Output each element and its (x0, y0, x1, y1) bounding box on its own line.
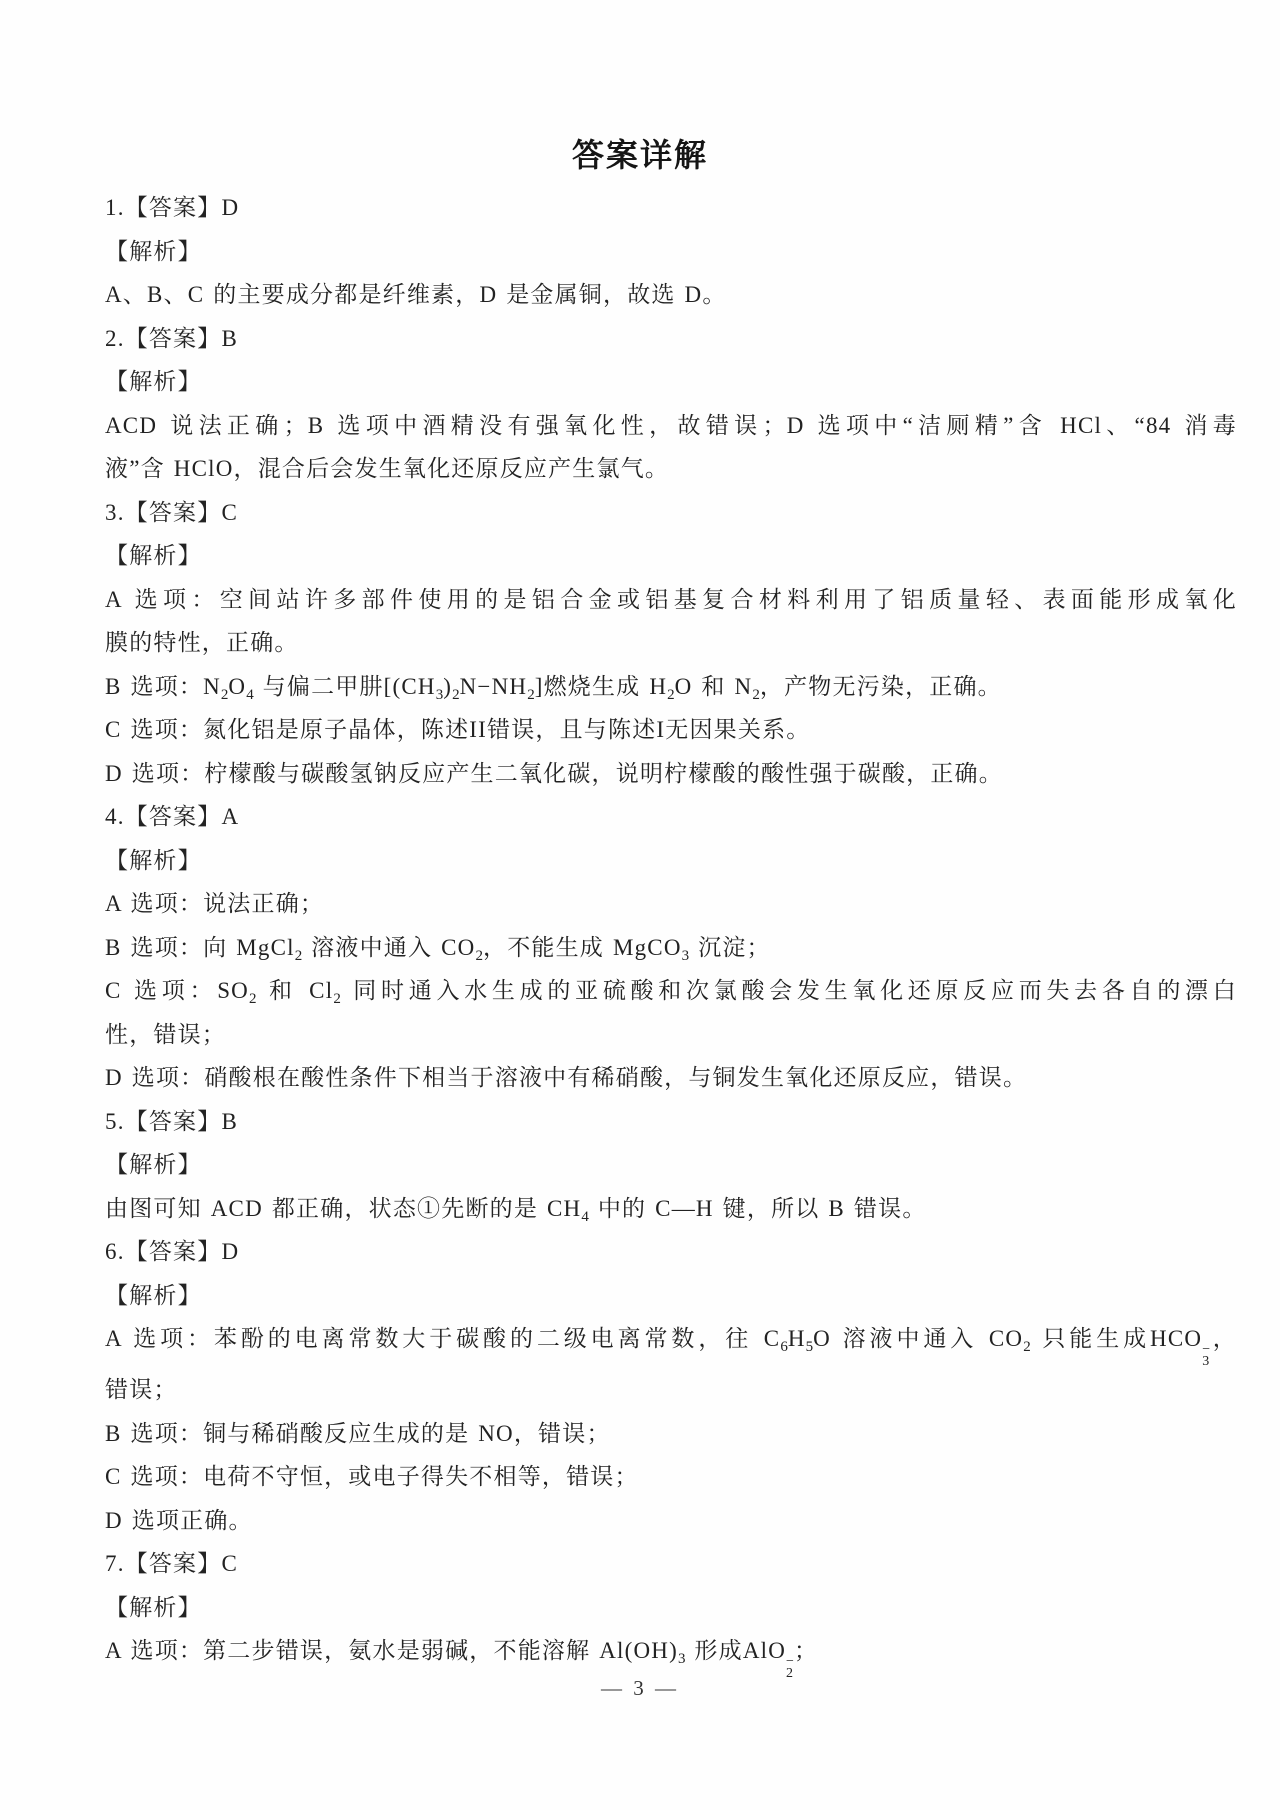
doc-line: 5.【答案】B (105, 1100, 1237, 1144)
doc-line: 【解析】 (105, 360, 1237, 404)
formula-subscript: 2 (333, 991, 341, 1007)
doc-line: 6.【答案】D (105, 1230, 1237, 1274)
formula-subscript: 4 (581, 1209, 589, 1225)
document-page: 答案详解 1.【答案】D【解析】A、B、C 的主要成分都是纤维素，D 是金属铜，… (0, 0, 1280, 1810)
doc-line: 2.【答案】B (105, 317, 1237, 361)
doc-line: C 选项：电荷不守恒，或电子得失不相等，错误； (105, 1455, 1237, 1499)
formula-subscript: 4 (246, 687, 254, 703)
page-title: 答案详解 (0, 130, 1280, 176)
formula-subscript: 2 (1023, 1339, 1031, 1355)
doc-line: C 选项：氮化铝是原子晶体，陈述II错误，且与陈述I无因果关系。 (105, 708, 1237, 752)
doc-line: 膜的特性，正确。 (105, 621, 1237, 665)
doc-line: 【解析】 (105, 1586, 1237, 1630)
doc-line: A 选项：第二步错误，氨水是弱碱，不能溶解 Al(OH)3 形成AlO−2； (105, 1629, 1237, 1680)
formula-subscript: 2 (452, 687, 460, 703)
doc-line: D 选项正确。 (105, 1499, 1237, 1543)
formula-subscript: 2 (527, 687, 535, 703)
doc-line: 1.【答案】D (105, 186, 1237, 230)
doc-line: D 选项：硝酸根在酸性条件下相当于溶液中有稀硝酸，与铜发生氧化还原反应，错误。 (105, 1056, 1237, 1100)
doc-line: 【解析】 (105, 839, 1237, 883)
answer-explanations: 1.【答案】D【解析】A、B、C 的主要成分都是纤维素，D 是金属铜，故选 D。… (105, 186, 1237, 1680)
doc-line: B 选项：N2O4 与偏二甲肼[(CH3)2N−NH2]燃烧生成 H2O 和 N… (105, 665, 1237, 709)
doc-line: A 选项：苯酚的电离常数大于碳酸的二级电离常数，往 C6H5O 溶液中通入 CO… (105, 1317, 1237, 1368)
doc-line: 错误； (105, 1368, 1237, 1412)
formula-subsup-stack: −3 (1202, 1344, 1210, 1368)
doc-line: A 选项：说法正确； (105, 882, 1237, 926)
doc-line: B 选项：向 MgCl2 溶液中通入 CO2，不能生成 MgCO3 沉淀； (105, 926, 1237, 970)
doc-line: C 选项：SO2 和 Cl2 同时通入水生成的亚硫酸和次氯酸会发生氧化还原反应而… (105, 969, 1237, 1013)
formula-subscript: 2 (752, 687, 760, 703)
page-number: — 3 — (0, 1676, 1280, 1701)
doc-line: 【解析】 (105, 534, 1237, 578)
doc-line: A 选项：空间站许多部件使用的是铝合金或铝基复合材料利用了铝质量轻、表面能形成氧… (105, 578, 1237, 622)
doc-line: D 选项：柠檬酸与碳酸氢钠反应产生二氧化碳，说明柠檬酸的酸性强于碳酸，正确。 (105, 752, 1237, 796)
doc-line: 【解析】 (105, 1143, 1237, 1187)
doc-line: 【解析】 (105, 1274, 1237, 1318)
formula-subscript: 2 (667, 687, 675, 703)
doc-line: A、B、C 的主要成分都是纤维素，D 是金属铜，故选 D。 (105, 273, 1237, 317)
formula-subscript: 2 (476, 948, 484, 964)
doc-line: 7.【答案】C (105, 1542, 1237, 1586)
doc-line: 性，错误； (105, 1013, 1237, 1057)
doc-line: 【解析】 (105, 230, 1237, 274)
doc-line: B 选项：铜与稀硝酸反应生成的是 NO，错误； (105, 1412, 1237, 1456)
doc-line: ACD 说法正确；B 选项中酒精没有强氧化性，故错误；D 选项中“洁厕精”含 H… (105, 404, 1237, 448)
formula-subscript: 2 (249, 991, 257, 1007)
doc-line: 4.【答案】A (105, 795, 1237, 839)
doc-line: 由图可知 ACD 都正确，状态①先断的是 CH4 中的 C—H 键，所以 B 错… (105, 1187, 1237, 1231)
doc-line: 3.【答案】C (105, 491, 1237, 535)
formula-subscript: 6 (780, 1339, 788, 1355)
doc-line: 液”含 HClO，混合后会发生氧化还原反应产生氯气。 (105, 447, 1237, 491)
